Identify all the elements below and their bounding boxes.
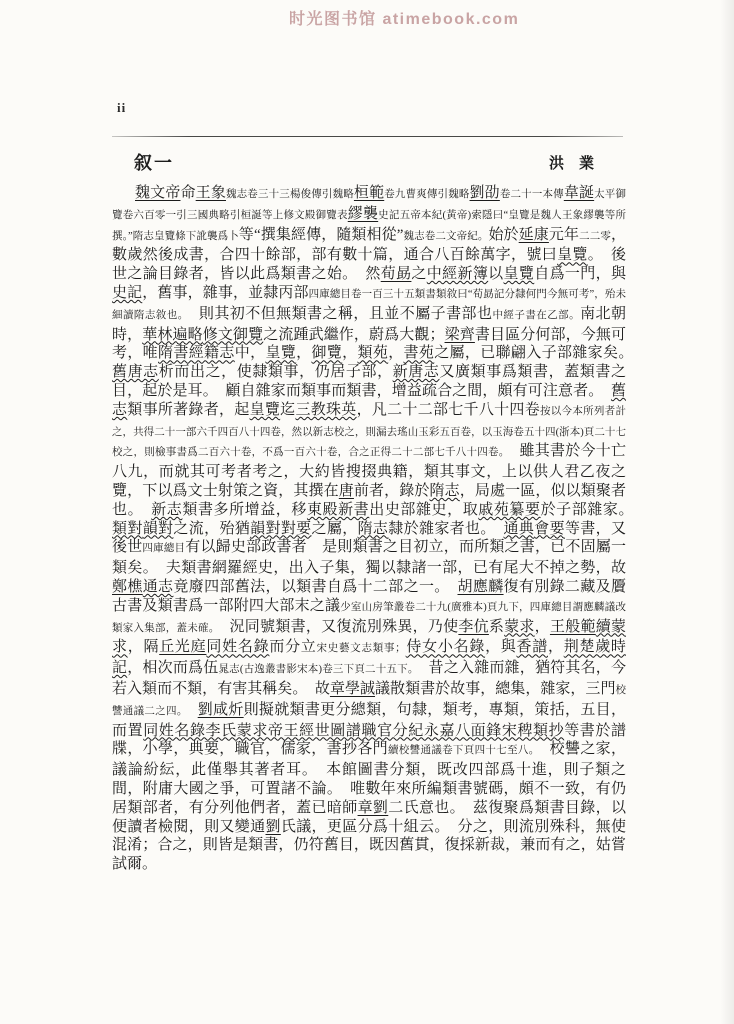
text-segment: ， xyxy=(296,345,311,361)
text-segment: 唐 xyxy=(339,483,354,499)
text-segment: 續校讐通議卷下頁四十七至八。 xyxy=(388,745,534,756)
text-segment: 梁齊 xyxy=(445,327,475,343)
text-segment: 類事所著錄者，起 xyxy=(127,402,249,418)
text-segment: ， xyxy=(535,619,550,635)
text-segment: 前者，錄於 xyxy=(354,483,430,499)
text-segment: 析而出之，使隸類事，仍居子部， xyxy=(159,364,393,380)
text-segment: 華林遍略 xyxy=(142,327,202,343)
text-segment: 舊唐志 xyxy=(112,364,159,380)
text-segment: 韋誕 xyxy=(564,185,594,201)
page-number: ii xyxy=(117,100,126,116)
text-segment: 三教珠英 xyxy=(295,402,356,418)
text-segment: 自爲一門，與 xyxy=(534,266,626,282)
text-segment: 章劉 xyxy=(358,800,389,816)
text-segment: 元年 xyxy=(549,227,579,243)
text-segment: 史記 xyxy=(112,285,142,301)
text-segment: 二二零 xyxy=(579,231,611,242)
text-segment: ， xyxy=(548,639,564,655)
text-segment: 況同號類書，又復流別殊異，乃使 xyxy=(214,619,458,635)
watermark-text: 时光图书馆 atimebook.com xyxy=(289,6,519,29)
text-segment: 御覽 xyxy=(311,345,342,361)
text-segment: ，凡二十二部七千八十四卷 xyxy=(357,402,540,418)
text-segment: ， xyxy=(388,345,403,361)
text-segment: 戚苑纂要 xyxy=(478,502,540,518)
text-segment: 章學誠 xyxy=(330,681,375,697)
text-segment: 隋書經籍志 xyxy=(158,345,235,361)
text-segment: 新志 xyxy=(151,502,182,518)
text-segment: 皇覽 xyxy=(504,266,535,282)
text-segment: 而分立 xyxy=(269,639,316,655)
text-segment: 命 xyxy=(180,185,195,201)
text-segment: 之流踵武繼作，蔚爲大觀； xyxy=(263,327,444,343)
text-segment: 書苑 xyxy=(404,345,435,361)
text-segment: 魏志卷二文帝紀。 xyxy=(403,231,488,242)
text-segment: 通志 xyxy=(143,579,174,595)
text-segment: 隋志 xyxy=(358,521,389,537)
header-rule xyxy=(112,136,623,137)
text-segment: 修文御覽 xyxy=(203,327,263,343)
text-segment: 李伉 xyxy=(458,619,489,635)
section-title: 叙一 xyxy=(134,149,174,175)
text-segment: 桓範 xyxy=(354,185,384,201)
text-segment: 鄭樵 xyxy=(112,579,143,595)
text-segment: 劉劭 xyxy=(470,185,500,201)
text-segment: 於子部雜家。 xyxy=(541,502,641,518)
text-segment: 魏志卷三十三楊俊傳引魏略 xyxy=(226,189,354,200)
text-segment: 同姓名錄李氏蒙求帝王經世圖譜職官分紀永嘉八面鋒宋稗類抄 xyxy=(143,723,564,739)
text-segment: 竟廢四部舊法，以類書自爲十二部之一。 xyxy=(173,579,457,595)
text-segment: ，舊事，雜事，並隸丙部 xyxy=(142,285,308,301)
text-segment: ，隔 xyxy=(128,639,159,655)
text-segment: 會要 xyxy=(534,521,565,537)
text-segment: 隋志 xyxy=(430,483,460,499)
text-segment: 系 xyxy=(489,619,504,635)
text-segment: 中， xyxy=(235,345,266,361)
text-segment: 王象 xyxy=(196,185,226,201)
text-segment: 延康 xyxy=(519,227,549,243)
text-segment: 繆襲 xyxy=(348,206,378,222)
text-segment: 迄 xyxy=(280,402,295,418)
text-segment: 類對 xyxy=(112,521,143,537)
text-segment: 以 xyxy=(488,266,503,282)
text-segment: 四庫總目 xyxy=(142,543,185,554)
text-segment: 東殿新書 xyxy=(307,502,369,518)
text-segment: 劉咸炘 xyxy=(198,702,244,718)
text-segment: 卷二十一本傳 xyxy=(500,189,564,200)
text-segment: 出史部雜史，取 xyxy=(369,502,478,518)
text-segment: 中經新簿 xyxy=(427,266,488,282)
text-segment: 魏文帝 xyxy=(135,185,180,201)
text-segment: 之流，殆猶 xyxy=(173,521,250,537)
text-segment: 有以歸史部政書者 是則類書之目初立，而所類之書，已不固屬一類矣。 夫類書網羅經史… xyxy=(112,539,626,576)
text-segment: ， xyxy=(342,345,357,361)
text-segment: 新唐志 xyxy=(393,364,440,380)
text-segment: 之 xyxy=(411,266,426,282)
text-segment: 隸於雜家者也。 xyxy=(388,521,503,537)
text-segment: 劉 xyxy=(265,819,280,835)
text-segment: 則其初不但無類書之稱，且並不屬子書部也 xyxy=(183,306,492,322)
text-segment: 韻對對要 xyxy=(250,521,311,537)
text-segment: 侍女小名錄 xyxy=(406,639,485,655)
text-segment: 議散類書於故事，總集，雜家，三門 xyxy=(375,681,615,697)
text-segment: ，與 xyxy=(485,639,516,655)
text-segment: 始於 xyxy=(488,227,518,243)
text-segment: 類苑 xyxy=(358,345,389,361)
text-segment: ，相次而爲伍 xyxy=(127,660,218,676)
text-segment xyxy=(182,702,197,718)
text-segment: 香譜 xyxy=(517,639,548,655)
text-segment: 荀勗 xyxy=(381,266,412,282)
text-segment: 皇覽 xyxy=(557,247,588,263)
text-segment: 韻對 xyxy=(143,521,174,537)
text-segment: 皇覽 xyxy=(250,402,281,418)
text-segment: 王般範 xyxy=(550,619,596,635)
text-segment: 同姓名錄 xyxy=(206,639,269,655)
text-segment: 等“撰集經傳，隨類相從” xyxy=(239,227,404,243)
text-segment: 胡應麟 xyxy=(458,579,504,595)
text-segment: 通典 xyxy=(504,521,535,537)
text-segment: 皇覽 xyxy=(265,345,296,361)
text-segment: 類書多所增益，移 xyxy=(182,502,307,518)
text-segment: 宋史藝文志類事； xyxy=(317,643,406,654)
text-segment: 之屬， xyxy=(312,521,358,537)
body-text: 魏文帝命王象魏志卷三十三楊俊傳引魏略桓範卷九曹爽傳引魏略劉劭卷二十一本傳韋誕太平… xyxy=(112,184,626,874)
text-segment: 晁志(古逸叢書影宋本)卷三下頁二十五下。 xyxy=(218,664,413,675)
author-name: 洪 業 xyxy=(549,152,594,173)
text-segment: 卷九曹爽傳引魏略 xyxy=(384,189,469,200)
text-segment: 蒙求 xyxy=(504,619,535,635)
text-segment: 丘光庭 xyxy=(159,639,206,655)
scanned-book-page: 时光图书馆 atimebook.com ii 叙一 洪 業 魏文帝命王象魏志卷三… xyxy=(0,0,734,1024)
text-segment: 之屬，已聯翩入子部雜家矣。 xyxy=(434,345,641,361)
text-segment: 中經子書在乙部。 xyxy=(492,310,580,321)
